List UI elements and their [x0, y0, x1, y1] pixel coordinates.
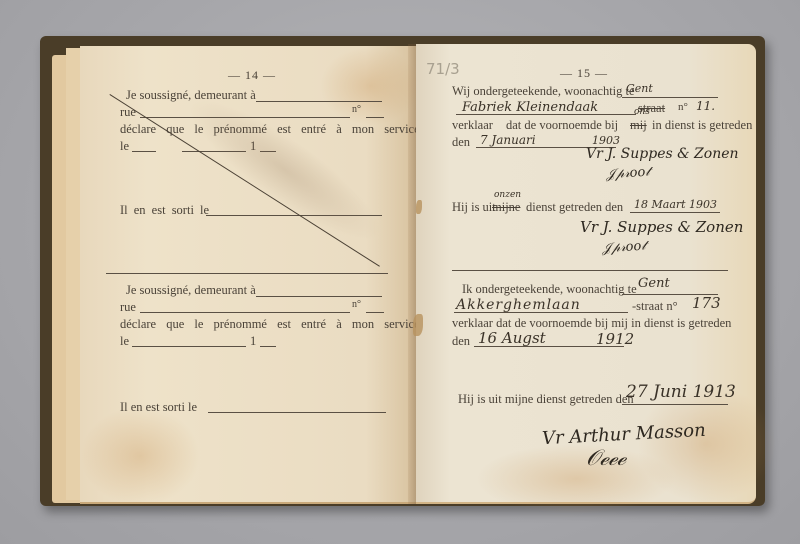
handwritten-city: Gent — [638, 276, 670, 291]
form-line: Je soussigné, demeurant à — [126, 283, 256, 298]
age-stain — [476, 444, 676, 514]
pencil-note: 71/3 — [426, 60, 460, 78]
signature: Vr J. Suppes & Zonen — [586, 146, 739, 162]
handwritten-city: Gent — [626, 82, 653, 95]
year-prefix: 1 — [250, 334, 256, 349]
signature-flourish: 𝒥𝓅𝓇𝑜𝑜𝓉 — [606, 164, 651, 182]
fill-rule — [132, 346, 246, 347]
number-label: n° — [352, 299, 361, 310]
handwritten-house-number: 11. — [696, 99, 715, 113]
fill-rule — [366, 117, 384, 118]
form-line: Hij is uit — [452, 200, 496, 215]
page-number: — 14 — — [228, 68, 276, 83]
handwritten-date: 18 Maart 1903 — [634, 198, 717, 211]
fill-rule — [622, 97, 718, 98]
struck-word: mijne — [492, 200, 520, 215]
signature-flourish: 𝒥𝓅𝓇𝑜𝑜𝓉 — [602, 238, 647, 256]
paper-tear — [416, 200, 422, 214]
fill-rule — [366, 312, 384, 313]
form-line: dienst getreden den — [526, 200, 623, 215]
number-label: n° — [352, 104, 361, 115]
fill-rule — [132, 151, 156, 152]
section-divider — [106, 273, 388, 274]
signature: Vr J. Suppes & Zonen — [580, 218, 743, 236]
fill-rule — [622, 404, 728, 405]
age-stain — [80, 406, 200, 506]
handwritten-street: Akkerghemlaan — [456, 297, 581, 313]
form-line: le — [120, 334, 129, 349]
fill-rule — [630, 212, 720, 213]
handwritten-date: 27 Juni 1913 — [626, 382, 736, 402]
form-line: in dienst is getreden — [652, 118, 752, 133]
page-number: — 15 — — [560, 66, 608, 81]
right-page: 71/3 — 15 — Wij ondergeteekende, woonach… — [416, 44, 756, 504]
form-line: Wij ondergeteekende, woonachtig te — [452, 84, 635, 99]
handwritten-street: Fabriek Kleinendaak — [462, 100, 598, 115]
fill-rule — [456, 114, 636, 115]
form-line: le — [120, 139, 129, 154]
age-stain — [320, 46, 420, 126]
age-stain — [636, 384, 776, 504]
form-line: den — [452, 135, 470, 150]
exit-line: Il en est sorti le — [120, 203, 209, 218]
exit-line: Il en est sorti le — [120, 400, 197, 415]
fill-rule — [256, 296, 382, 297]
handwritten-house-number: 173 — [692, 294, 721, 312]
handwritten-date: 16 Augst — [478, 329, 546, 347]
form-line: Ik ondergeteekende, woonachtig te — [462, 282, 637, 297]
paper-tear — [413, 314, 423, 336]
form-line: Hij is uit mijne dienst getreden den — [458, 392, 634, 407]
fill-rule — [256, 101, 382, 102]
handwritten-year: 1912 — [596, 330, 634, 348]
section-divider — [452, 270, 728, 271]
form-line: verklaar — [452, 118, 493, 133]
fill-rule — [208, 412, 386, 413]
handwritten-insert: ons — [634, 107, 650, 117]
form-line: rue — [120, 300, 136, 315]
form-line: den — [452, 334, 470, 349]
handwritten-insert: onzen — [494, 190, 521, 200]
handwritten-date: 7 Januari — [480, 133, 536, 147]
fill-rule — [454, 312, 628, 313]
struck-word: mij — [630, 118, 647, 133]
form-line: -straat n° — [632, 299, 678, 314]
form-line: dat de voornoemde bij — [506, 118, 618, 133]
form-line: déclare que le prénommé est entré à mon … — [120, 317, 420, 332]
fill-rule — [260, 346, 276, 347]
signature-flourish: 𝒪ℯℯℯ — [586, 446, 626, 471]
fill-rule — [140, 312, 350, 313]
signature: Vr Arthur Masson — [542, 420, 707, 450]
number-label: n° — [678, 101, 688, 113]
